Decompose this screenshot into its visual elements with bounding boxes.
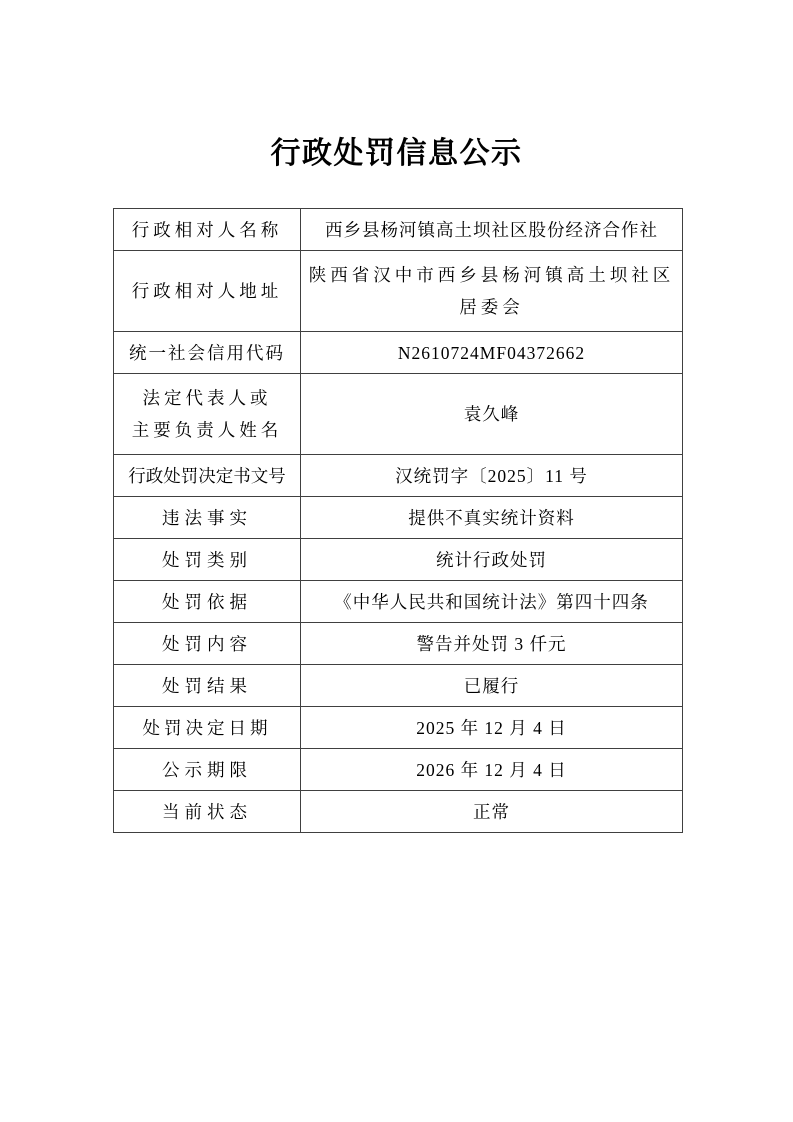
row-label: 行政相对人地址 xyxy=(114,251,301,332)
table-row: 行政处罚决定书文号 汉统罚字〔2025〕11 号 xyxy=(114,455,683,497)
table-row: 当前状态 正常 xyxy=(114,791,683,833)
table-row: 处罚决定日期 2025 年 12 月 4 日 xyxy=(114,707,683,749)
row-label: 行政相对人名称 xyxy=(114,209,301,251)
document-page: 行政处罚信息公示 行政相对人名称 西乡县杨河镇高土坝社区股份经济合作社 行政相对… xyxy=(0,0,793,1122)
row-label: 处罚结果 xyxy=(114,665,301,707)
row-label: 法定代表人或 主要负责人姓名 xyxy=(114,374,301,455)
penalty-table-body: 行政相对人名称 西乡县杨河镇高土坝社区股份经济合作社 行政相对人地址 陕西省汉中… xyxy=(114,209,683,833)
row-value: 2026 年 12 月 4 日 xyxy=(301,749,683,791)
row-value: 《中华人民共和国统计法》第四十四条 xyxy=(301,581,683,623)
table-row: 处罚内容 警告并处罚 3 仟元 xyxy=(114,623,683,665)
penalty-table: 行政相对人名称 西乡县杨河镇高土坝社区股份经济合作社 行政相对人地址 陕西省汉中… xyxy=(113,208,683,833)
table-row: 统一社会信用代码 N2610724MF04372662 xyxy=(114,332,683,374)
table-row: 违法事实 提供不真实统计资料 xyxy=(114,497,683,539)
row-value: 提供不真实统计资料 xyxy=(301,497,683,539)
table-row: 法定代表人或 主要负责人姓名 袁久峰 xyxy=(114,374,683,455)
table-row: 行政相对人名称 西乡县杨河镇高土坝社区股份经济合作社 xyxy=(114,209,683,251)
row-label: 统一社会信用代码 xyxy=(114,332,301,374)
table-row: 行政相对人地址 陕西省汉中市西乡县杨河镇高土坝社区 居委会 xyxy=(114,251,683,332)
row-value: 警告并处罚 3 仟元 xyxy=(301,623,683,665)
row-value: 汉统罚字〔2025〕11 号 xyxy=(301,455,683,497)
row-label: 处罚内容 xyxy=(114,623,301,665)
page-title: 行政处罚信息公示 xyxy=(0,128,793,172)
row-value: N2610724MF04372662 xyxy=(301,332,683,374)
row-label: 违法事实 xyxy=(114,497,301,539)
table-row: 处罚结果 已履行 xyxy=(114,665,683,707)
row-value: 统计行政处罚 xyxy=(301,539,683,581)
row-label: 公示期限 xyxy=(114,749,301,791)
table-row: 公示期限 2026 年 12 月 4 日 xyxy=(114,749,683,791)
row-value: 2025 年 12 月 4 日 xyxy=(301,707,683,749)
table-row: 处罚类别 统计行政处罚 xyxy=(114,539,683,581)
row-label: 处罚决定日期 xyxy=(114,707,301,749)
row-label: 当前状态 xyxy=(114,791,301,833)
row-label: 处罚类别 xyxy=(114,539,301,581)
row-value: 已履行 xyxy=(301,665,683,707)
row-value: 西乡县杨河镇高土坝社区股份经济合作社 xyxy=(301,209,683,251)
row-label: 处罚依据 xyxy=(114,581,301,623)
row-value: 陕西省汉中市西乡县杨河镇高土坝社区 居委会 xyxy=(301,251,683,332)
table-row: 处罚依据 《中华人民共和国统计法》第四十四条 xyxy=(114,581,683,623)
row-value: 袁久峰 xyxy=(301,374,683,455)
row-value: 正常 xyxy=(301,791,683,833)
row-label: 行政处罚决定书文号 xyxy=(114,455,301,497)
